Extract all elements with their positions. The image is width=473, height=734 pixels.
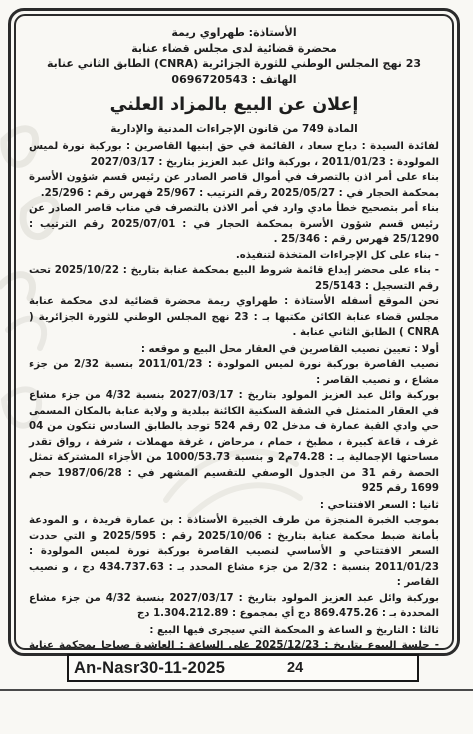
bailiff-name: الأستاذة: طهراوي ريمة	[29, 25, 439, 41]
paragraph-expertise-price-1: بموجب الخبرة المنجزة من طرف الخبيرة الأس…	[29, 513, 439, 591]
paragraph-order-1: بناء على أمر اذن بالتصرف في أموال قاصر ا…	[29, 170, 439, 201]
scanned-legal-notice-page: الأستاذة: طهراوي ريمة محضرة قضائية لدى م…	[0, 0, 473, 734]
notice-body: لفائدة السيدة : دباح سعاد ، القائمة في ح…	[29, 139, 439, 648]
paragraph-deposit: - بناء على محضر إيداع قائمة شروط البيع ب…	[29, 263, 439, 294]
publication-name-date: An-Nasr30-11-2025	[69, 659, 225, 678]
paragraph-procedures: - بناء على كل الإجراءات المتخذة لتنفيذه.	[29, 248, 439, 264]
section-second-heading: ثانيا : السعر الافتتاحي :	[29, 498, 439, 514]
bailiff-office-header: الأستاذة: طهراوي ريمة محضرة قضائية لدى م…	[29, 25, 439, 87]
paragraph-expertise-price-2: بوركبة وائل عبد العزيز المولود بتاريخ : …	[29, 591, 439, 622]
paragraph-beneficiary: لفائدة السيدة : دباح سعاد ، القائمة في ح…	[29, 139, 439, 170]
paragraph-undersigned: نحن الموقع أسفله الأستاذة : طهراوي ريمة …	[29, 294, 439, 341]
office-title: محضرة قضائية لدى مجلس قضاء عنابة	[29, 41, 439, 57]
office-phone: الهاتف : 0696720543	[29, 72, 439, 88]
legal-basis-line: المادة 749 من قانون الإجراءات المدنية وا…	[29, 122, 439, 136]
office-address: 23 نهج المجلس الوطني للثورة الجزائرية (C…	[29, 56, 439, 72]
notice-border-frame: الأستاذة: طهراوي ريمة محضرة قضائية لدى م…	[8, 8, 460, 656]
page-number: 24	[287, 660, 303, 676]
section-first-heading: أولا : تعيين نصيب القاصرين في العقار محل…	[29, 342, 439, 358]
paragraph-share-minor-girl: نصيب القاصرة بوركبة نورة لميس المولودة :…	[29, 357, 439, 388]
notice-border-frame-inner: الأستاذة: طهراوي ريمة محضرة قضائية لدى م…	[14, 14, 454, 650]
notice-content: الأستاذة: طهراوي ريمة محضرة قضائية لدى م…	[16, 16, 452, 648]
paragraph-share-minor-boy-property: بوركبة وائل عبد العزيز المولود بتاريخ : …	[29, 388, 439, 497]
paragraph-auction-session: - جلسة البيوع بتاريخ : 2025/12/23 على ال…	[29, 638, 439, 648]
section-third-heading: ثالثا : التاريخ و الساعة و المحكمة التي …	[29, 623, 439, 639]
paragraph-order-2: بناء أمر بتصحيح خطأ مادي وارد في أمر الا…	[29, 201, 439, 248]
notice-title: إعلان عن البيع بالمزاد العلني	[29, 94, 439, 116]
publication-footer-box: An-Nasr30-11-2025 24	[67, 654, 419, 682]
bottom-divider-line	[0, 689, 473, 691]
